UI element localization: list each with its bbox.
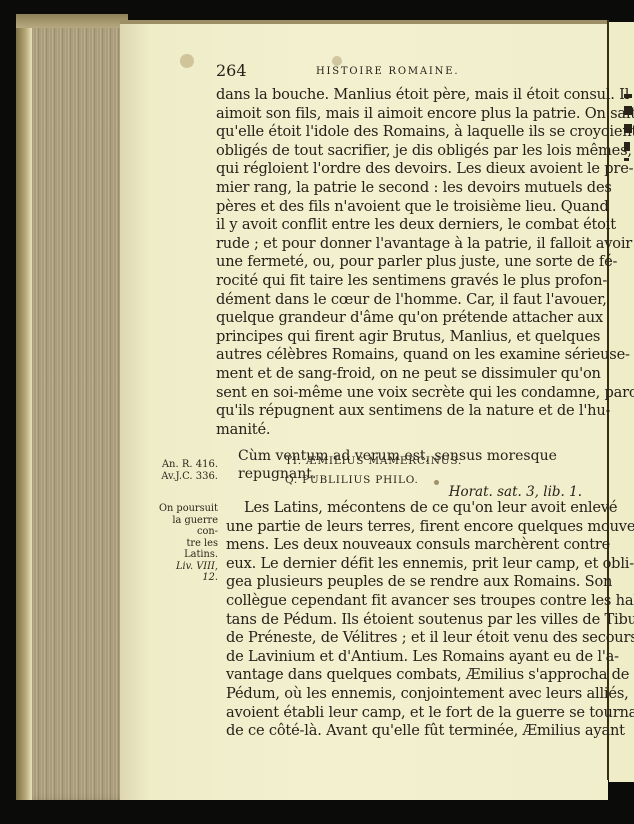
- text-line: mier rang, la patrie le second : les dev…: [216, 179, 586, 198]
- text-line: de ce côté-là. Avant qu'elle fût terminé…: [226, 722, 586, 741]
- text-line: il y avoit conflit entre les deux dernie…: [216, 216, 586, 235]
- year-bc: Av.J.C. 336.: [158, 471, 218, 483]
- consul-1: TI. ÆMILIUS MAMERCINUS.: [285, 452, 462, 471]
- date-margin-note: An. R. 416. Av.J.C. 336.: [158, 459, 218, 483]
- side-note-reference: Liv. VIII, 12.: [158, 561, 218, 584]
- text-line: Les Latins, mécontens de ce qu'on leur a…: [216, 499, 586, 518]
- running-head: 264 HISTOIRE ROMAINE.: [216, 64, 586, 86]
- text-line: vantage dans quelques combats, Æmilius s…: [226, 666, 586, 685]
- text-line: obligés de tout sacrifier, je dis obligé…: [216, 142, 586, 161]
- book-scan: 264 HISTOIRE ROMAINE. dans la bouche. Ma…: [0, 0, 634, 824]
- text-line: Pédum, où les ennemis, conjointement ave…: [226, 685, 586, 704]
- text-line: mens. Les deux nouveaux consuls marchère…: [226, 536, 586, 555]
- text-line: de Préneste, de Vélitres ; et il leur ét…: [226, 629, 586, 648]
- scan-background-bottom: [0, 800, 634, 824]
- book-page-edges: [16, 14, 128, 804]
- text-line: pères et des fils n'avoient que le trois…: [216, 198, 586, 217]
- consul-2: Q. PUBLILIUS PHILO.: [285, 471, 462, 490]
- text-line: autres célèbres Romains, quand on les ex…: [216, 346, 586, 365]
- paragraph-2: Les Latins, mécontens de ce qu'on leur a…: [216, 499, 586, 741]
- text-line: tans de Pédum. Ils étoient soutenus par …: [226, 611, 586, 630]
- side-note-line: la guerre con-: [158, 515, 218, 538]
- text-line: collègue cependant fit avancer ses troup…: [226, 592, 586, 611]
- page-content: 264 HISTOIRE ROMAINE. dans la bouche. Ma…: [216, 64, 586, 501]
- page-number: 264: [216, 61, 247, 80]
- text-line: une fermeté, ou, pour parler plus juste,…: [216, 253, 586, 272]
- text-line: dément dans le cœur de l'homme. Car, il …: [216, 291, 586, 310]
- text-line: sent en soi-même une voix secrète qui le…: [216, 384, 586, 403]
- text-line: manité.: [216, 421, 586, 440]
- paragraph-1: dans la bouche. Manlius étoit père, mais…: [216, 86, 586, 439]
- text-line: de Lavinium et d'Antium. Les Romains aya…: [226, 648, 586, 667]
- text-line: rocité qui fit taire les sentimens gravé…: [216, 272, 586, 291]
- text-line: quelque grandeur d'âme qu'on prétende at…: [216, 309, 586, 328]
- consuls-heading: TI. ÆMILIUS MAMERCINUS. Q. PUBLILIUS PHI…: [285, 452, 462, 490]
- text-line: dans la bouche. Manlius étoit père, mais…: [216, 86, 586, 105]
- year-of-rome: An. R. 416.: [158, 459, 218, 471]
- running-title: HISTOIRE ROMAINE.: [316, 66, 459, 77]
- text-line: principes qui firent agir Brutus, Manliu…: [216, 328, 586, 347]
- text-line: une partie de leurs terres, firent encor…: [226, 518, 586, 537]
- text-line: qui régloient l'ordre des devoirs. Les d…: [216, 160, 586, 179]
- text-line: eux. Le dernier défit les ennemis, prit …: [226, 555, 586, 574]
- text-line: gea plusieurs peuples de se rendre aux R…: [226, 573, 586, 592]
- text-line: aimoit son fils, mais il aimoit encore p…: [216, 105, 586, 124]
- text-line: qu'elle étoit l'idole des Romains, à laq…: [216, 123, 586, 142]
- side-note-line: tre les Latins.: [158, 538, 218, 561]
- text-line: qu'ils répugnent aux sentimens de la nat…: [216, 402, 586, 421]
- text-line: rude ; et pour donner l'avantage à la pa…: [216, 235, 586, 254]
- side-note: On poursuit la guerre con- tre les Latin…: [158, 503, 218, 584]
- text-line: avoient établi leur camp, et le fort de …: [226, 704, 586, 723]
- side-note-line: On poursuit: [158, 503, 218, 515]
- text-line: ment et de sang-froid, on ne peut se dis…: [216, 365, 586, 384]
